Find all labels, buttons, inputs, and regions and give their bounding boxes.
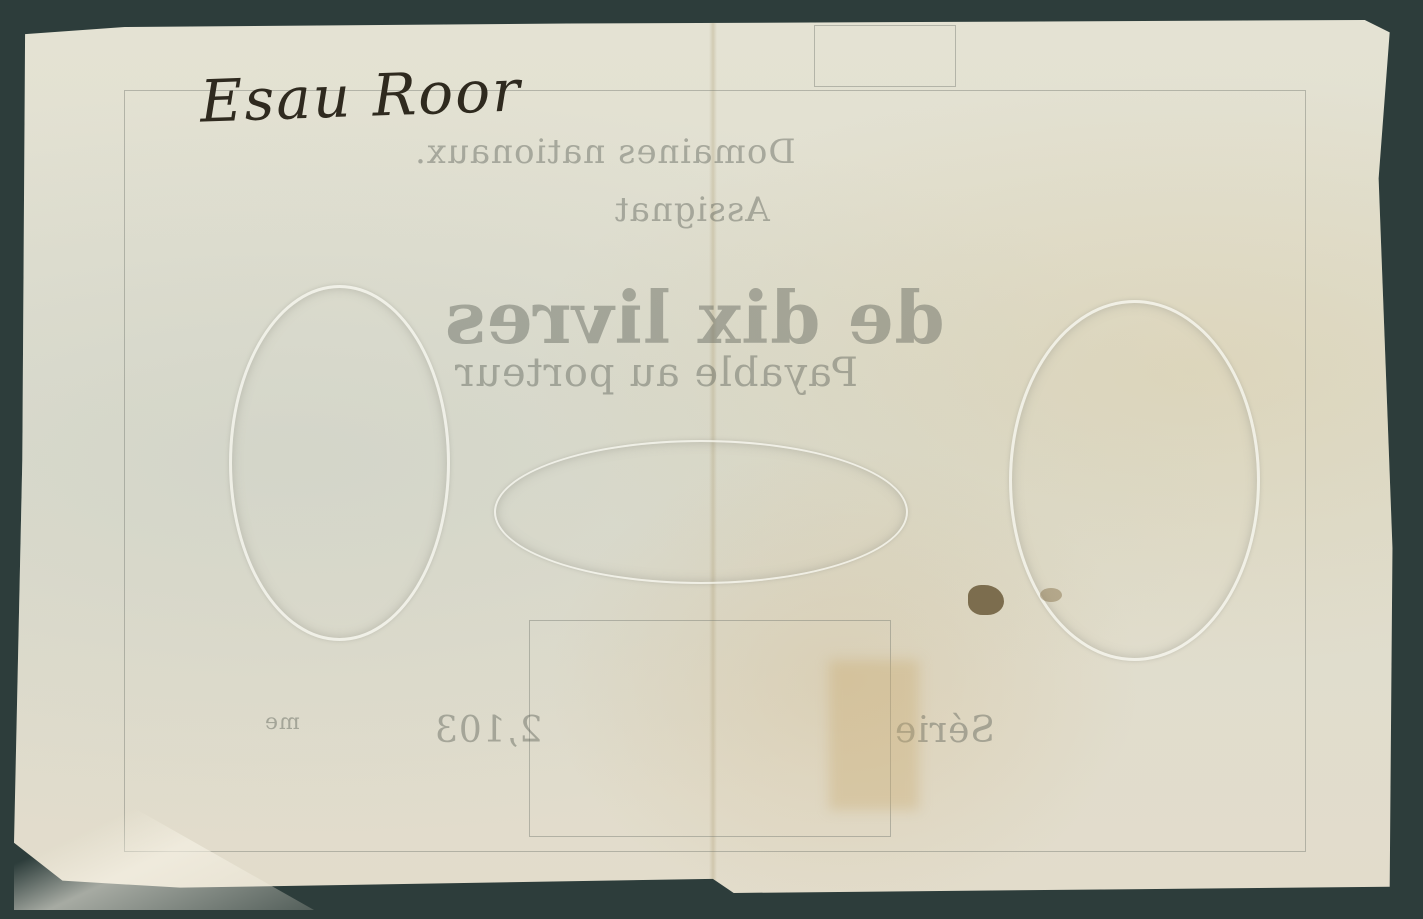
ghost-serie-number: 2,103 [434,710,542,751]
ghost-line-domaines: Domaines nationaux. [414,132,796,172]
brown-stain [968,585,1004,615]
banknote-paper: Domaines nationaux. Assignat de dix livr… [14,20,1398,900]
ghost-line-de-dix-livres: de dix livres [444,275,945,360]
ghost-line-payable: Payable au porteur [454,350,858,396]
left-embossed-medallion [229,285,450,641]
handwritten-inscription: Esau Roor [199,56,523,135]
faint-stain [1040,588,1062,602]
ghost-line-assignat: Assignat [614,190,770,230]
tan-discoloration [829,660,919,810]
ghost-serie-suffix: me [264,710,300,735]
top-center-frame [814,25,956,87]
right-embossed-medallion [1009,300,1260,661]
center-embossed-seal [494,440,908,584]
